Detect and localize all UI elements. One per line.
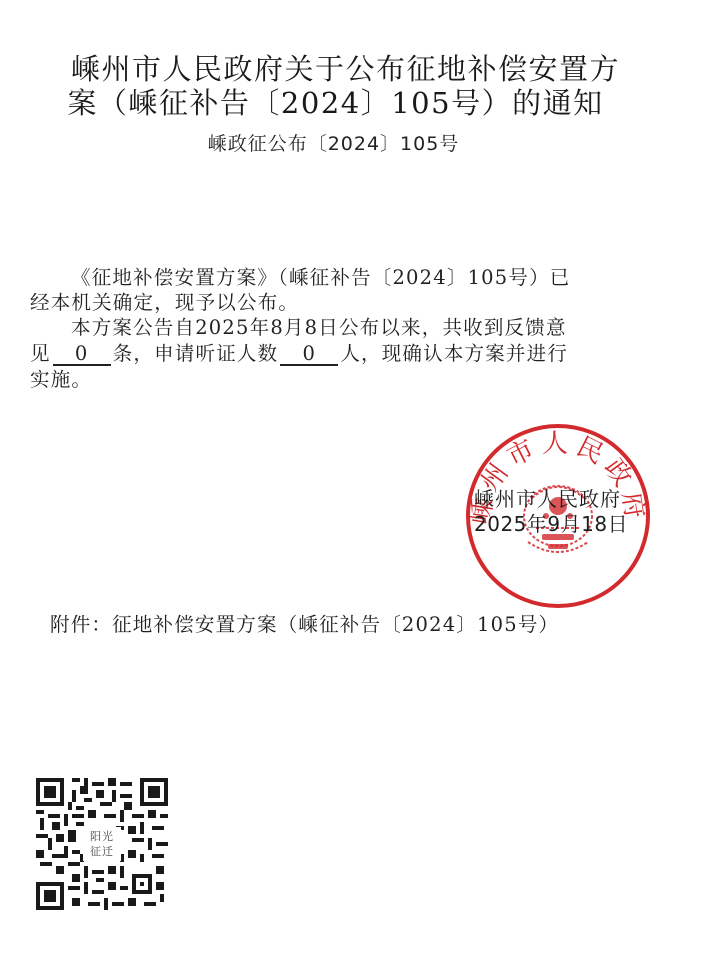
qr-center-logo: 阳光 征迁 [83, 827, 121, 861]
feedback-count-field: 0 [53, 344, 111, 366]
body-text: 见 [30, 342, 51, 365]
signature-date: 2025年9月18日 [474, 512, 644, 536]
qr-label-line-1: 阳光 [83, 829, 121, 844]
document-title-line-1: 嵊州市人民政府关于公布征地补偿安置方 [0, 52, 697, 86]
qr-label-line-2: 征迁 [83, 844, 121, 859]
document-title-line-2: 案（嵊征补告〔2024〕105号）的通知 [0, 86, 687, 120]
body-paragraph-2-line-1: 本方案公告自2025年8月8日公布以来，共收到反馈意 [30, 315, 681, 340]
body-paragraph-1-line-1: 《征地补偿安置方案》（嵊征补告〔2024〕105号）已 [30, 265, 681, 290]
hearing-count-field: 0 [280, 344, 338, 366]
body-paragraph-2-line-3: 实施。 [30, 367, 640, 392]
document-number: 嵊政征公布〔2024〕105号 [0, 132, 685, 156]
body-paragraph-1-line-2: 经本机关确定，现予以公布。 [30, 290, 640, 315]
qr-code[interactable]: 阳光 征迁 [36, 778, 168, 910]
body-text: 人，现确认本方案并进行 [340, 342, 568, 365]
body-paragraph-2-line-2: 见0条，申请听证人数0人，现确认本方案并进行 [30, 341, 640, 366]
signature-organization: 嵊州市人民政府 [474, 487, 644, 511]
attachment-line: 附件：征地补偿安置方案（嵊征补告〔2024〕105号） [50, 612, 559, 637]
body-text: 条，申请听证人数 [113, 342, 279, 365]
